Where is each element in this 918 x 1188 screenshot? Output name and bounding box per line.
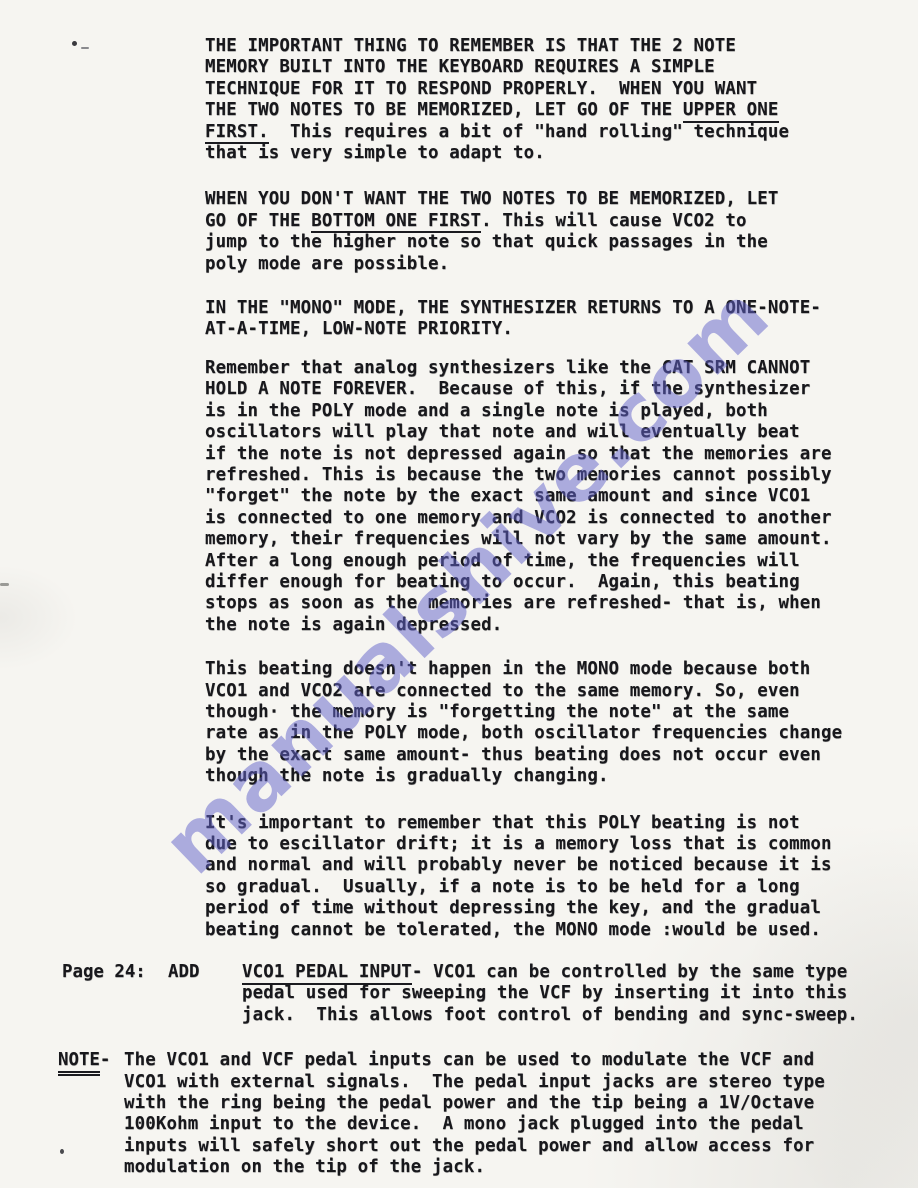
- text-run: It's important to remember that this POL…: [205, 813, 800, 833]
- text-line: refreshed. This is because the two memor…: [205, 465, 858, 486]
- text-run: -: [100, 1050, 110, 1070]
- text-line: This beating doesn't happen in the MONO …: [205, 659, 858, 680]
- text-run: is connected to one memory and VCO2 is c…: [205, 508, 832, 528]
- text-line: The VCO1 and VCF pedal inputs can be use…: [124, 1050, 858, 1071]
- text-run: period of time without depressing the ke…: [205, 898, 821, 918]
- paragraph-6: It's important to remember that this POL…: [205, 813, 858, 941]
- text-line: if the note is not depressed again so th…: [205, 444, 858, 465]
- text-run: This requires a bit of "hand rolling" te…: [269, 122, 789, 142]
- text-line: THE IMPORTANT THING TO REMEMBER IS THAT …: [205, 36, 858, 57]
- paragraph-2: WHEN YOU DON'T WANT THE TWO NOTES TO BE …: [205, 189, 858, 275]
- text-line: HOLD A NOTE FOREVER. Because of this, if…: [205, 379, 858, 400]
- text-run: . This will cause VCO2 to: [481, 211, 747, 231]
- text-run: rate as in the POLY mode, both oscillato…: [205, 723, 842, 743]
- text-line: though the note is gradually changing.: [205, 766, 858, 787]
- document-body: THE IMPORTANT THING TO REMEMBER IS THAT …: [0, 36, 858, 1179]
- text-run: After a long enough period of time, the …: [205, 551, 800, 571]
- text-line: "forget" the note by the exact same amou…: [205, 486, 858, 507]
- underlined-text: FIRST.: [205, 122, 269, 145]
- text-line: though· the memory is "forgetting the no…: [205, 702, 858, 723]
- text-run: jump to the higher note so that quick pa…: [205, 232, 768, 252]
- text-run: inputs will safely short out the pedal p…: [124, 1136, 814, 1156]
- note-label: NOTE-: [58, 1050, 110, 1071]
- text-line: VCO1 and VCO2 are connected to the same …: [205, 681, 858, 702]
- text-run: though· the memory is "forgetting the no…: [205, 702, 789, 722]
- paragraph-5: This beating doesn't happen in the MONO …: [205, 659, 858, 787]
- text-run: beating cannot be tolerated, the MONO mo…: [205, 920, 821, 940]
- text-run: jack. This allows foot control of bendin…: [242, 1005, 858, 1025]
- underlined-text: BOTTOM ONE FIRST: [311, 211, 481, 234]
- page-24-addendum: Page 24:ADDVCO1 PEDAL INPUT- VCO1 can be…: [242, 962, 858, 1026]
- text-run: poly mode are possible.: [205, 254, 449, 274]
- text-run: and normal and will probably never be no…: [205, 855, 832, 875]
- text-run: with the ring being the pedal power and …: [124, 1093, 814, 1113]
- text-run: This beating doesn't happen in the MONO …: [205, 659, 810, 679]
- text-run: though the note is gradually changing.: [205, 766, 609, 786]
- text-run: that is very simple to adapt to.: [205, 143, 545, 163]
- underlined-text: UPPER ONE: [683, 100, 779, 123]
- text-line: Remember that analog synthesizers like t…: [205, 358, 858, 379]
- text-line: due to escillator drift; it is a memory …: [205, 834, 858, 855]
- text-run: 100Kohm input to the device. A mono jack…: [124, 1114, 804, 1134]
- text-line: oscillators will play that note and will…: [205, 422, 858, 443]
- note-addendum: NOTE-The VCO1 and VCF pedal inputs can b…: [124, 1050, 858, 1178]
- text-run: if the note is not depressed again so th…: [205, 444, 832, 464]
- text-line: THE TWO NOTES TO BE MEMORIZED, LET GO OF…: [205, 100, 858, 121]
- scanned-page: THE IMPORTANT THING TO REMEMBER IS THAT …: [0, 0, 918, 1188]
- text-line: 100Kohm input to the device. A mono jack…: [124, 1114, 858, 1135]
- text-line: period of time without depressing the ke…: [205, 898, 858, 919]
- text-run: refreshed. This is because the two memor…: [205, 465, 832, 485]
- text-line: is connected to one memory and VCO2 is c…: [205, 508, 858, 529]
- text-line: beating cannot be tolerated, the MONO mo…: [205, 920, 858, 941]
- add-label: ADD: [168, 962, 199, 983]
- text-line: that is very simple to adapt to.: [205, 143, 858, 164]
- text-line: modulation on the tip of the jack.: [124, 1157, 858, 1178]
- text-run: HOLD A NOTE FOREVER. Because of this, if…: [205, 379, 810, 399]
- double-underlined-text: NOTE: [58, 1050, 100, 1076]
- paragraph-1: THE IMPORTANT THING TO REMEMBER IS THAT …: [205, 36, 858, 164]
- text-run: VCO1 and VCO2 are connected to the same …: [205, 681, 800, 701]
- text-line: the note is again depressed.: [205, 615, 858, 636]
- text-run: modulation on the tip of the jack.: [124, 1157, 485, 1177]
- text-line: is in the POLY mode and a single note is…: [205, 401, 858, 422]
- text-run: IN THE "MONO" MODE, THE SYNTHESIZER RETU…: [205, 298, 821, 318]
- text-line: AT-A-TIME, LOW-NOTE PRIORITY.: [205, 319, 858, 340]
- text-line: by the exact same amount- thus beating d…: [205, 745, 858, 766]
- page-ref-label: Page 24:: [62, 962, 146, 983]
- text-line: VCO1 PEDAL INPUT- VCO1 can be controlled…: [242, 962, 858, 983]
- text-run: so gradual. Usually, if a note is to be …: [205, 877, 800, 897]
- text-line: It's important to remember that this POL…: [205, 813, 858, 834]
- text-line: inputs will safely short out the pedal p…: [124, 1136, 858, 1157]
- text-line: VCO1 with external signals. The pedal in…: [124, 1072, 858, 1093]
- paragraph-3: IN THE "MONO" MODE, THE SYNTHESIZER RETU…: [205, 298, 858, 341]
- text-run: AT-A-TIME, LOW-NOTE PRIORITY.: [205, 319, 513, 339]
- text-run: by the exact same amount- thus beating d…: [205, 745, 821, 765]
- text-line: TECHNIQUE FOR IT TO RESPOND PROPERLY. WH…: [205, 79, 858, 100]
- text-run: differ enough for beating to occur. Agai…: [205, 572, 800, 592]
- text-run: GO OF THE: [205, 211, 311, 231]
- text-line: WHEN YOU DON'T WANT THE TWO NOTES TO BE …: [205, 189, 858, 210]
- text-run: VCO1 with external signals. The pedal in…: [124, 1072, 825, 1092]
- text-run: oscillators will play that note and will…: [205, 422, 800, 442]
- text-run: TECHNIQUE FOR IT TO RESPOND PROPERLY. WH…: [205, 79, 757, 99]
- text-run: due to escillator drift; it is a memory …: [205, 834, 832, 854]
- text-line: stops as soon as the memories are refres…: [205, 593, 858, 614]
- text-line: poly mode are possible.: [205, 254, 858, 275]
- text-line: jump to the higher note so that quick pa…: [205, 232, 858, 253]
- text-run: stops as soon as the memories are refres…: [205, 593, 821, 613]
- text-run: MEMORY BUILT INTO THE KEYBOARD REQUIRES …: [205, 57, 715, 77]
- text-run: Remember that analog synthesizers like t…: [205, 358, 810, 378]
- text-line: After a long enough period of time, the …: [205, 551, 858, 572]
- paragraph-4: Remember that analog synthesizers like t…: [205, 358, 858, 636]
- text-line: so gradual. Usually, if a note is to be …: [205, 877, 858, 898]
- text-run: "forget" the note by the exact same amou…: [205, 486, 810, 506]
- text-run: THE TWO NOTES TO BE MEMORIZED, LET GO OF…: [205, 100, 683, 120]
- text-run: The VCO1 and VCF pedal inputs can be use…: [124, 1050, 814, 1070]
- text-line: MEMORY BUILT INTO THE KEYBOARD REQUIRES …: [205, 57, 858, 78]
- text-run: WHEN YOU DON'T WANT THE TWO NOTES TO BE …: [205, 189, 778, 209]
- text-run: THE IMPORTANT THING TO REMEMBER IS THAT …: [205, 36, 736, 56]
- text-run: is in the POLY mode and a single note is…: [205, 401, 768, 421]
- text-line: jack. This allows foot control of bendin…: [242, 1005, 858, 1026]
- text-line: with the ring being the pedal power and …: [124, 1093, 858, 1114]
- text-line: IN THE "MONO" MODE, THE SYNTHESIZER RETU…: [205, 298, 858, 319]
- underlined-text: VCO1 PEDAL INPUT: [242, 962, 412, 985]
- text-run: pedal used for sweeping the VCF by inser…: [242, 983, 847, 1003]
- text-line: differ enough for beating to occur. Agai…: [205, 572, 858, 593]
- text-run: ADD: [168, 962, 199, 982]
- text-line: memory, their frequencies will not vary …: [205, 529, 858, 550]
- text-line: and normal and will probably never be no…: [205, 855, 858, 876]
- text-run: Page 24:: [62, 962, 146, 982]
- text-run: the note is again depressed.: [205, 615, 502, 635]
- text-run: - VCO1 can be controlled by the same typ…: [412, 962, 847, 982]
- text-line: GO OF THE BOTTOM ONE FIRST. This will ca…: [205, 211, 858, 232]
- text-line: FIRST. This requires a bit of "hand roll…: [205, 122, 858, 143]
- text-run: memory, their frequencies will not vary …: [205, 529, 832, 549]
- text-line: pedal used for sweeping the VCF by inser…: [242, 983, 858, 1004]
- text-line: rate as in the POLY mode, both oscillato…: [205, 723, 858, 744]
